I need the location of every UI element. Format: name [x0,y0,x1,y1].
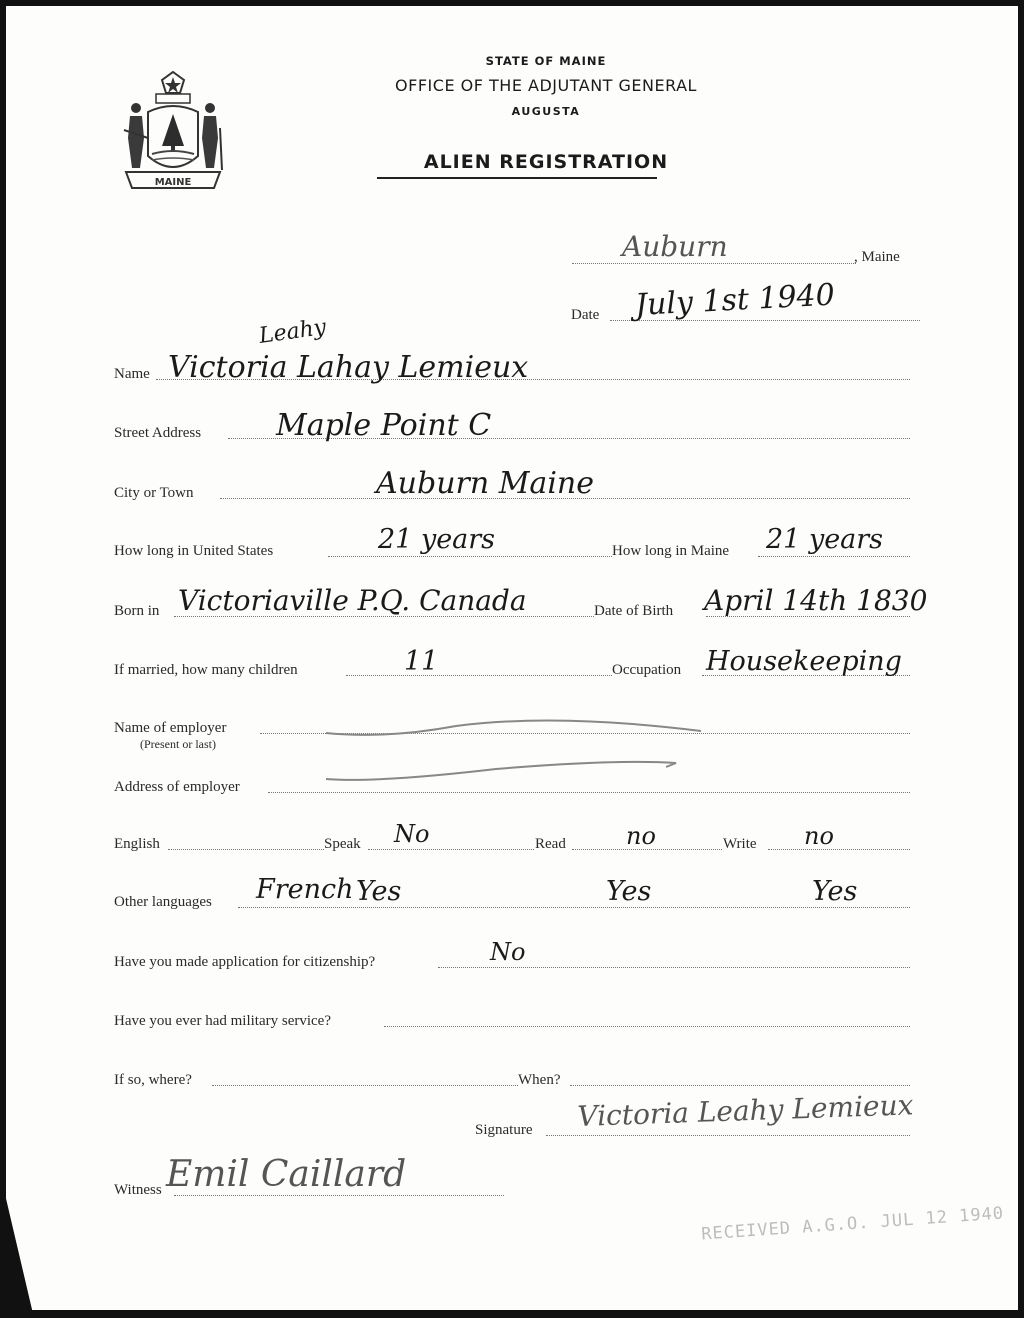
other-languages-read[interactable]: Yes [606,876,651,907]
born-in-label: Born in [114,603,159,620]
how-long-maine-label: How long in Maine [612,543,729,560]
when-line[interactable] [570,1085,910,1086]
children-line [346,675,612,676]
header-state: STATE OF MAINE [306,54,786,68]
name-value[interactable]: Victoria Lahay Lemieux [168,350,528,385]
military-line[interactable] [384,1026,910,1027]
how-long-us-line [328,556,612,557]
english-write-line [768,849,910,850]
signature-line [546,1135,910,1136]
english-read-value[interactable]: no [626,822,656,850]
date-value[interactable]: July 1st 1940 [634,278,835,323]
born-in-value[interactable]: Victoriaville P.Q. Canada [178,584,527,617]
witness-label: Witness [114,1182,162,1199]
other-languages-language[interactable]: French [256,874,354,905]
signature-value[interactable]: Victoria Leahy Lemieux [577,1088,914,1133]
english-write-value[interactable]: no [804,822,834,850]
how-long-maine-value[interactable]: 21 years [766,524,883,555]
street-address-value[interactable]: Maple Point C [276,408,491,443]
english-speak-label: Speak [324,836,361,853]
employer-name-label: Name of employer [114,720,226,737]
signature-label: Signature [475,1122,533,1139]
maine-state-seal-icon: MAINE [118,68,228,193]
where-label: If so, where? [114,1072,192,1089]
how-long-us-label: How long in United States [114,543,273,560]
received-stamp: RECEIVED A.G.O. JUL 12 1940 [701,1203,1005,1244]
english-speak-line [368,849,534,850]
date-label: Date [571,307,599,324]
when-label: When? [518,1072,560,1089]
document-title: ALIEN REGISTRATION [306,151,786,173]
other-languages-line [238,907,910,908]
name-label: Name [114,366,150,383]
children-label: If married, how many children [114,662,298,679]
place-line [572,263,856,264]
where-line[interactable] [212,1085,518,1086]
english-line [168,849,324,850]
english-write-label: Write [723,836,757,853]
citizenship-label: Have you made application for citizenshi… [114,954,375,971]
how-long-us-value[interactable]: 21 years [378,524,495,555]
english-speak-value[interactable]: No [394,820,429,848]
citizenship-value[interactable]: No [490,938,525,966]
city-label: City or Town [114,485,194,502]
header-office: OFFICE OF THE ADJUTANT GENERAL [306,76,786,95]
place-value[interactable]: Auburn [622,230,728,263]
header-city: AUGUSTA [306,105,786,118]
date-of-birth-label: Date of Birth [594,603,673,620]
occupation-label: Occupation [612,662,681,679]
witness-value[interactable]: Emil Caillard [166,1154,406,1195]
title-underline [377,177,657,179]
other-languages-write[interactable]: Yes [812,876,857,907]
witness-line [174,1195,504,1196]
employer-address-line[interactable] [268,792,910,793]
name-correction[interactable]: Leahy [258,315,328,349]
employer-address-label: Address of employer [114,779,240,796]
employer-name-dash-mark [306,711,726,741]
other-languages-speak[interactable]: Yes [356,876,401,907]
occupation-value[interactable]: Housekeeping [706,646,902,677]
how-long-maine-line [758,556,910,557]
employer-name-sublabel: (Present or last) [140,737,216,752]
place-suffix-label: , Maine [854,249,900,266]
svg-text:MAINE: MAINE [155,177,192,188]
date-of-birth-value[interactable]: April 14th 1830 [704,584,927,617]
city-value[interactable]: Auburn Maine [376,466,594,501]
children-value[interactable]: 11 [404,646,438,677]
other-languages-label: Other languages [114,894,212,911]
employer-address-dash-mark [316,751,696,786]
english-label: English [114,836,160,853]
street-address-label: Street Address [114,425,201,442]
document-page: MAINE STATE OF MAINE OFFICE OF THE ADJUT… [6,6,1018,1310]
english-read-label: Read [535,836,566,853]
military-label: Have you ever had military service? [114,1013,331,1030]
citizenship-line [438,967,910,968]
